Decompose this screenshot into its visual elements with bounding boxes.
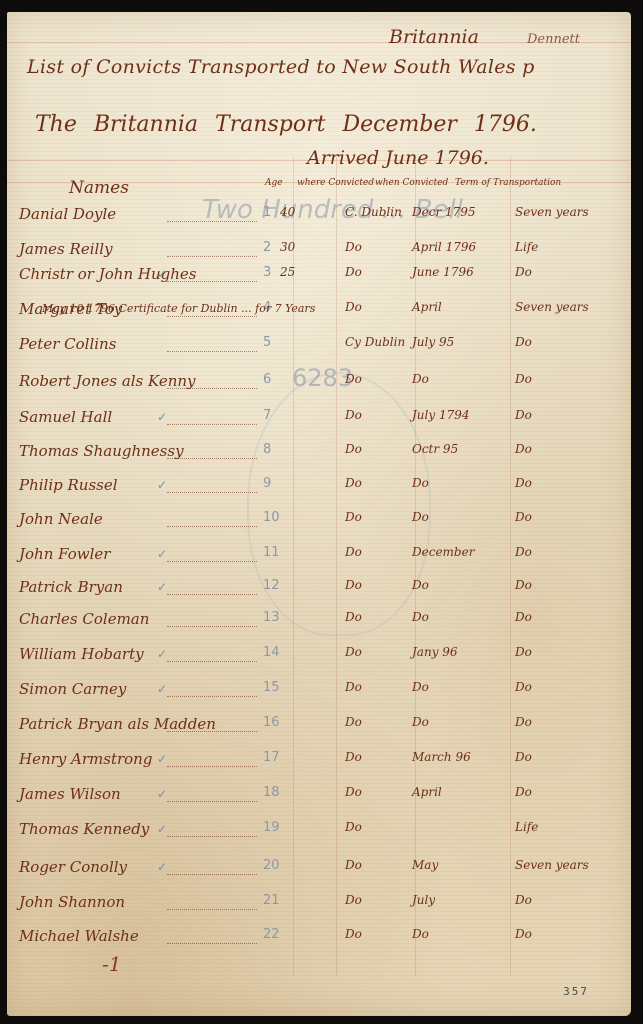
row-number: 10 (263, 510, 280, 525)
table-row: John Shannon21DoJulyDo (7, 893, 631, 923)
where-convicted: Do (345, 750, 362, 764)
where-convicted: Do (345, 785, 362, 799)
where-convicted: Do (345, 893, 362, 907)
dotted-leader (167, 388, 257, 389)
where-convicted: Do (345, 408, 362, 422)
dotted-leader (167, 351, 257, 352)
header-where-convicted: where Convicted (297, 178, 374, 188)
convict-name: Samuel Hall (19, 408, 112, 426)
table-row: John Fowler✓11DoDecemberDo (7, 545, 631, 575)
header-age: Age (265, 178, 283, 188)
when-convicted: July 95 (412, 335, 454, 349)
dotted-leader (167, 594, 257, 595)
term-of-transportation: Do (515, 750, 532, 764)
when-convicted: April (412, 300, 442, 314)
when-convicted: July 1794 (412, 408, 470, 422)
check-mark-icon: ✓ (157, 822, 167, 836)
row-number: 19 (263, 820, 280, 835)
check-mark-icon: ✓ (157, 682, 167, 696)
term-of-transportation: Do (515, 408, 532, 422)
row-number: 22 (263, 927, 280, 942)
table-row: Henry Armstrong✓17DoMarch 96Do (7, 750, 631, 780)
table-row: Danial Doyle140C. DublinDecr 1795Seven y… (7, 205, 631, 235)
when-convicted: Do (412, 680, 429, 694)
term-of-transportation: Do (515, 680, 532, 694)
when-convicted: Do (412, 510, 429, 524)
dotted-leader (167, 526, 257, 527)
header-names: Names (69, 178, 129, 198)
row-number: 13 (263, 610, 280, 625)
bottom-mark: -1 (102, 952, 121, 976)
dotted-leader (167, 874, 257, 875)
check-mark-icon: ✓ (157, 787, 167, 801)
dotted-leader (167, 458, 257, 459)
convict-name: Thomas Shaughnessy (19, 442, 184, 460)
when-convicted: Decr 1795 (412, 205, 476, 219)
when-convicted: Do (412, 610, 429, 624)
convict-name: Philip Russel (19, 476, 118, 494)
where-convicted: Do (345, 715, 362, 729)
ship-name: Britannia (389, 26, 479, 48)
when-convicted: June 1796 (412, 265, 474, 279)
row-number: 9 (263, 476, 271, 491)
when-convicted: April (412, 785, 442, 799)
term-of-transportation: Do (515, 645, 532, 659)
table-row: Roger Conolly✓20DoMaySeven years (7, 858, 631, 888)
when-convicted: April 1796 (412, 240, 476, 254)
when-convicted: March 96 (412, 750, 471, 764)
when-convicted: December (412, 545, 474, 559)
convict-name: John Fowler (19, 545, 110, 563)
folio-number: 357 (563, 985, 589, 998)
row-number: 14 (263, 645, 280, 660)
check-mark-icon: ✓ (157, 410, 167, 424)
when-convicted: Do (412, 476, 429, 490)
row-number: 2 (263, 240, 271, 255)
table-row: James Wilson✓18DoAprilDo (7, 785, 631, 815)
row-number: 18 (263, 785, 280, 800)
where-convicted: Do (345, 927, 362, 941)
convict-name: William Hobarty (19, 645, 144, 663)
ship-master: Dennett (527, 32, 580, 47)
row-number: 12 (263, 578, 280, 593)
row-number: 16 (263, 715, 280, 730)
term-of-transportation: Do (515, 715, 532, 729)
table-row: Philip Russel✓9DoDoDo (7, 476, 631, 506)
dotted-leader (167, 221, 257, 222)
where-convicted: Do (345, 545, 362, 559)
where-convicted: Do (345, 578, 362, 592)
check-mark-icon: ✓ (157, 547, 167, 561)
term-of-transportation: Do (515, 476, 532, 490)
term-of-transportation: Do (515, 610, 532, 624)
table-row: Patrick Bryan✓12DoDoDo (7, 578, 631, 608)
row-number: 3 (263, 265, 271, 280)
page-title: List of Convicts Transported to New Sout… (27, 56, 535, 78)
term-of-transportation: Life (515, 240, 538, 254)
convict-name: Thomas Kennedy (19, 820, 149, 838)
dotted-leader (167, 943, 257, 944)
convict-name: John Neale (19, 510, 103, 528)
dotted-leader (167, 731, 257, 732)
certificate-note: May 10 1796 Certificate for Dublin ... f… (42, 302, 315, 315)
where-convicted: Do (345, 442, 362, 456)
table-row: John Neale10DoDoDo (7, 510, 631, 540)
term-of-transportation: Do (515, 335, 532, 349)
when-convicted: Do (412, 578, 429, 592)
header-term: Term of Transportation (455, 178, 561, 188)
convict-age: 30 (280, 240, 295, 254)
convict-name: Patrick Bryan (19, 578, 123, 596)
where-convicted: Do (345, 820, 362, 834)
table-row: Charles Coleman13DoDoDo (7, 610, 631, 640)
term-of-transportation: Do (515, 510, 532, 524)
dotted-leader (167, 766, 257, 767)
check-mark-icon: ✓ (157, 267, 167, 281)
check-mark-icon: ✓ (157, 647, 167, 661)
row-number: 11 (263, 545, 280, 560)
term-of-transportation: Do (515, 545, 532, 559)
dotted-leader (167, 696, 257, 697)
dotted-leader (167, 909, 257, 910)
where-convicted: Do (345, 265, 362, 279)
where-convicted: Do (345, 645, 362, 659)
when-convicted: Octr 95 (412, 442, 458, 456)
where-convicted: Do (345, 858, 362, 872)
when-convicted: Jany 96 (412, 645, 458, 659)
convict-name: Danial Doyle (19, 205, 116, 223)
where-convicted: Do (345, 300, 362, 314)
when-convicted: Do (412, 715, 429, 729)
convict-age: 40 (280, 205, 295, 219)
where-convicted: Do (345, 240, 362, 254)
table-row: Michael Walshe22DoDoDo (7, 927, 631, 957)
convict-name: Simon Carney (19, 680, 126, 698)
dotted-leader (167, 561, 257, 562)
when-convicted: July (412, 893, 435, 907)
row-number: 20 (263, 858, 280, 873)
dotted-leader (167, 626, 257, 627)
check-mark-icon: ✓ (157, 860, 167, 874)
check-mark-icon: ✓ (157, 752, 167, 766)
term-of-transportation: Do (515, 442, 532, 456)
row-number: 7 (263, 408, 271, 423)
where-convicted: Do (345, 680, 362, 694)
convict-age: 25 (280, 265, 295, 279)
term-of-transportation: Do (515, 893, 532, 907)
dotted-leader (167, 424, 257, 425)
where-convicted: Do (345, 476, 362, 490)
table-row: Thomas Shaughnessy8DoOctr 95Do (7, 442, 631, 472)
convict-name: James Reilly (19, 240, 113, 258)
term-of-transportation: Seven years (515, 300, 589, 314)
header-when-convicted: when Convicted (375, 178, 448, 188)
when-convicted: Do (412, 372, 429, 386)
convict-name: John Shannon (19, 893, 125, 911)
table-row: Peter Collins5Cy DublinJuly 95Do (7, 335, 631, 365)
term-of-transportation: Seven years (515, 858, 589, 872)
where-convicted: C. Dublin (345, 205, 402, 219)
arrival-date: Arrived June 1796. (307, 147, 489, 169)
where-convicted: Cy Dublin (345, 335, 405, 349)
row-number: 21 (263, 893, 280, 908)
when-convicted: Do (412, 927, 429, 941)
term-of-transportation: Seven years (515, 205, 589, 219)
table-row: Christr or John Hughes✓325DoJune 1796Do (7, 265, 631, 295)
convict-name: Michael Walshe (19, 927, 139, 945)
table-row: Samuel Hall✓7DoJuly 1794Do (7, 408, 631, 438)
dotted-leader (167, 316, 257, 317)
when-convicted: May (412, 858, 438, 872)
row-number: 8 (263, 442, 271, 457)
where-convicted: Do (345, 510, 362, 524)
term-of-transportation: Do (515, 265, 532, 279)
row-number: 15 (263, 680, 280, 695)
dotted-leader (167, 661, 257, 662)
row-number: 5 (263, 335, 271, 350)
page-subtitle: The Britannia Transport December 1796. (35, 112, 537, 137)
dotted-leader (167, 281, 257, 282)
manuscript-page: Britannia Dennett List of Convicts Trans… (7, 12, 631, 1016)
term-of-transportation: Life (515, 820, 538, 834)
table-row: Robert Jones als Kenny6DoDoDo (7, 372, 631, 402)
table-row: Patrick Bryan als Madden16DoDoDo (7, 715, 631, 745)
check-mark-icon: ✓ (157, 580, 167, 594)
convict-name: Roger Conolly (19, 858, 127, 876)
term-of-transportation: Do (515, 927, 532, 941)
term-of-transportation: Do (515, 372, 532, 386)
dotted-leader (167, 492, 257, 493)
row-number: 6 (263, 372, 271, 387)
where-convicted: Do (345, 372, 362, 386)
convict-name: Peter Collins (19, 335, 116, 353)
dotted-leader (167, 836, 257, 837)
convict-name: Henry Armstrong (19, 750, 152, 768)
row-number: 17 (263, 750, 280, 765)
table-row: Thomas Kennedy✓19DoLife (7, 820, 631, 850)
table-row: Simon Carney✓15DoDoDo (7, 680, 631, 710)
convict-name: James Wilson (19, 785, 121, 803)
convict-name: Charles Coleman (19, 610, 149, 628)
row-number: 1 (263, 205, 271, 220)
term-of-transportation: Do (515, 785, 532, 799)
dotted-leader (167, 256, 257, 257)
where-convicted: Do (345, 610, 362, 624)
check-mark-icon: ✓ (157, 478, 167, 492)
term-of-transportation: Do (515, 578, 532, 592)
table-row: William Hobarty✓14DoJany 96Do (7, 645, 631, 675)
dotted-leader (167, 801, 257, 802)
